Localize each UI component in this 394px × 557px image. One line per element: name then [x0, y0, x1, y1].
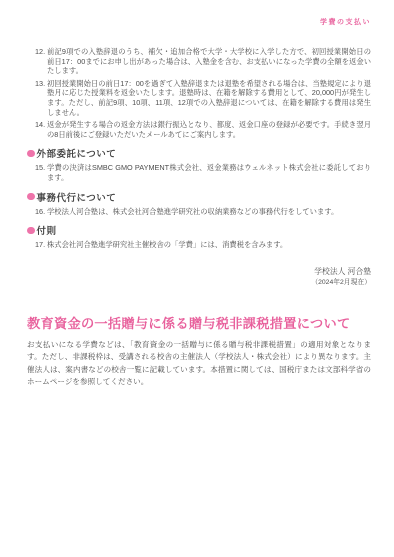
page-header-label: 学費の支払い: [320, 19, 371, 26]
section-heading-outsourcing: 外部委託について: [27, 146, 371, 160]
item-number: 13.: [35, 79, 47, 118]
gift-tax-section-body: お支払いになる学費などは、「教育資金の一括贈与に係る贈与税非課税措置」の適用対象…: [27, 339, 371, 388]
signature-block: 学校法人 河合塾 （2024年2月現在）: [27, 266, 371, 288]
item-text: 前記9項での入塾辞退のうち、補欠・追加合格で大学・大学校に入学した方で、初回授業…: [47, 47, 371, 76]
bullet-icon: [27, 150, 35, 158]
list-item-17: 17. 株式会社河合塾進学研究社主催校舎の「学費」には、消費税を含みます。: [27, 240, 371, 250]
item-number: 14.: [35, 120, 47, 139]
page-header: 学費の支払い: [27, 11, 371, 23]
item-text: 学校法人河合塾は、株式会社河合塾進学研究社の収納業務などの事務代行をしています。: [47, 207, 371, 217]
section-heading-agency: 事務代行について: [27, 190, 371, 204]
bullet-icon: [27, 227, 35, 235]
section-heading-label: 付則: [37, 223, 57, 237]
item-text: 返金が発生する場合の返金方法は銀行振込となり、都度、返金口座の登録が必要です。手…: [47, 120, 371, 139]
section-heading-supplement: 付則: [27, 223, 371, 237]
item-text: 学費の決済はSMBC GMO PAYMENT株式会社、返金業務はウェルネット株式…: [47, 163, 371, 182]
list-item-15: 15. 学費の決済はSMBC GMO PAYMENT株式会社、返金業務はウェルネ…: [27, 163, 371, 182]
list-item-13: 13. 初回授業開始日の前日17：00を過ぎて入塾辞退または退塾を希望される場合…: [27, 79, 371, 118]
signature-date: （2024年2月現在）: [27, 278, 371, 288]
list-item-14: 14. 返金が発生する場合の返金方法は銀行振込となり、都度、返金口座の登録が必要…: [27, 120, 371, 139]
document-page: 学費の支払い 12. 前記9項での入塾辞退のうち、補欠・追加合格で大学・大学校に…: [0, 0, 394, 557]
gift-tax-section-title: 教育資金の一括贈与に係る贈与税非課税措置について: [27, 313, 371, 332]
list-item-16: 16. 学校法人河合塾は、株式会社河合塾進学研究社の収納業務などの事務代行をして…: [27, 207, 371, 217]
item-text: 株式会社河合塾進学研究社主催校舎の「学費」には、消費税を含みます。: [47, 240, 371, 250]
section-heading-label: 外部委託について: [37, 146, 117, 160]
terms-list: 12. 前記9項での入塾辞退のうち、補欠・追加合格で大学・大学校に入学した方で、…: [27, 47, 371, 250]
item-number: 12.: [35, 47, 47, 76]
gift-tax-section: 教育資金の一括贈与に係る贈与税非課税措置について お支払いになる学費などは、「教…: [27, 313, 371, 388]
signature-organization: 学校法人 河合塾: [27, 266, 371, 278]
list-item-12: 12. 前記9項での入塾辞退のうち、補欠・追加合格で大学・大学校に入学した方で、…: [27, 47, 371, 76]
item-text: 初回授業開始日の前日17：00を過ぎて入塾辞退または退塾を希望される場合は、当塾…: [47, 79, 371, 118]
item-number: 16.: [35, 207, 47, 217]
section-heading-label: 事務代行について: [37, 190, 117, 204]
item-number: 15.: [35, 163, 47, 182]
bullet-icon: [27, 193, 35, 201]
item-number: 17.: [35, 240, 47, 250]
